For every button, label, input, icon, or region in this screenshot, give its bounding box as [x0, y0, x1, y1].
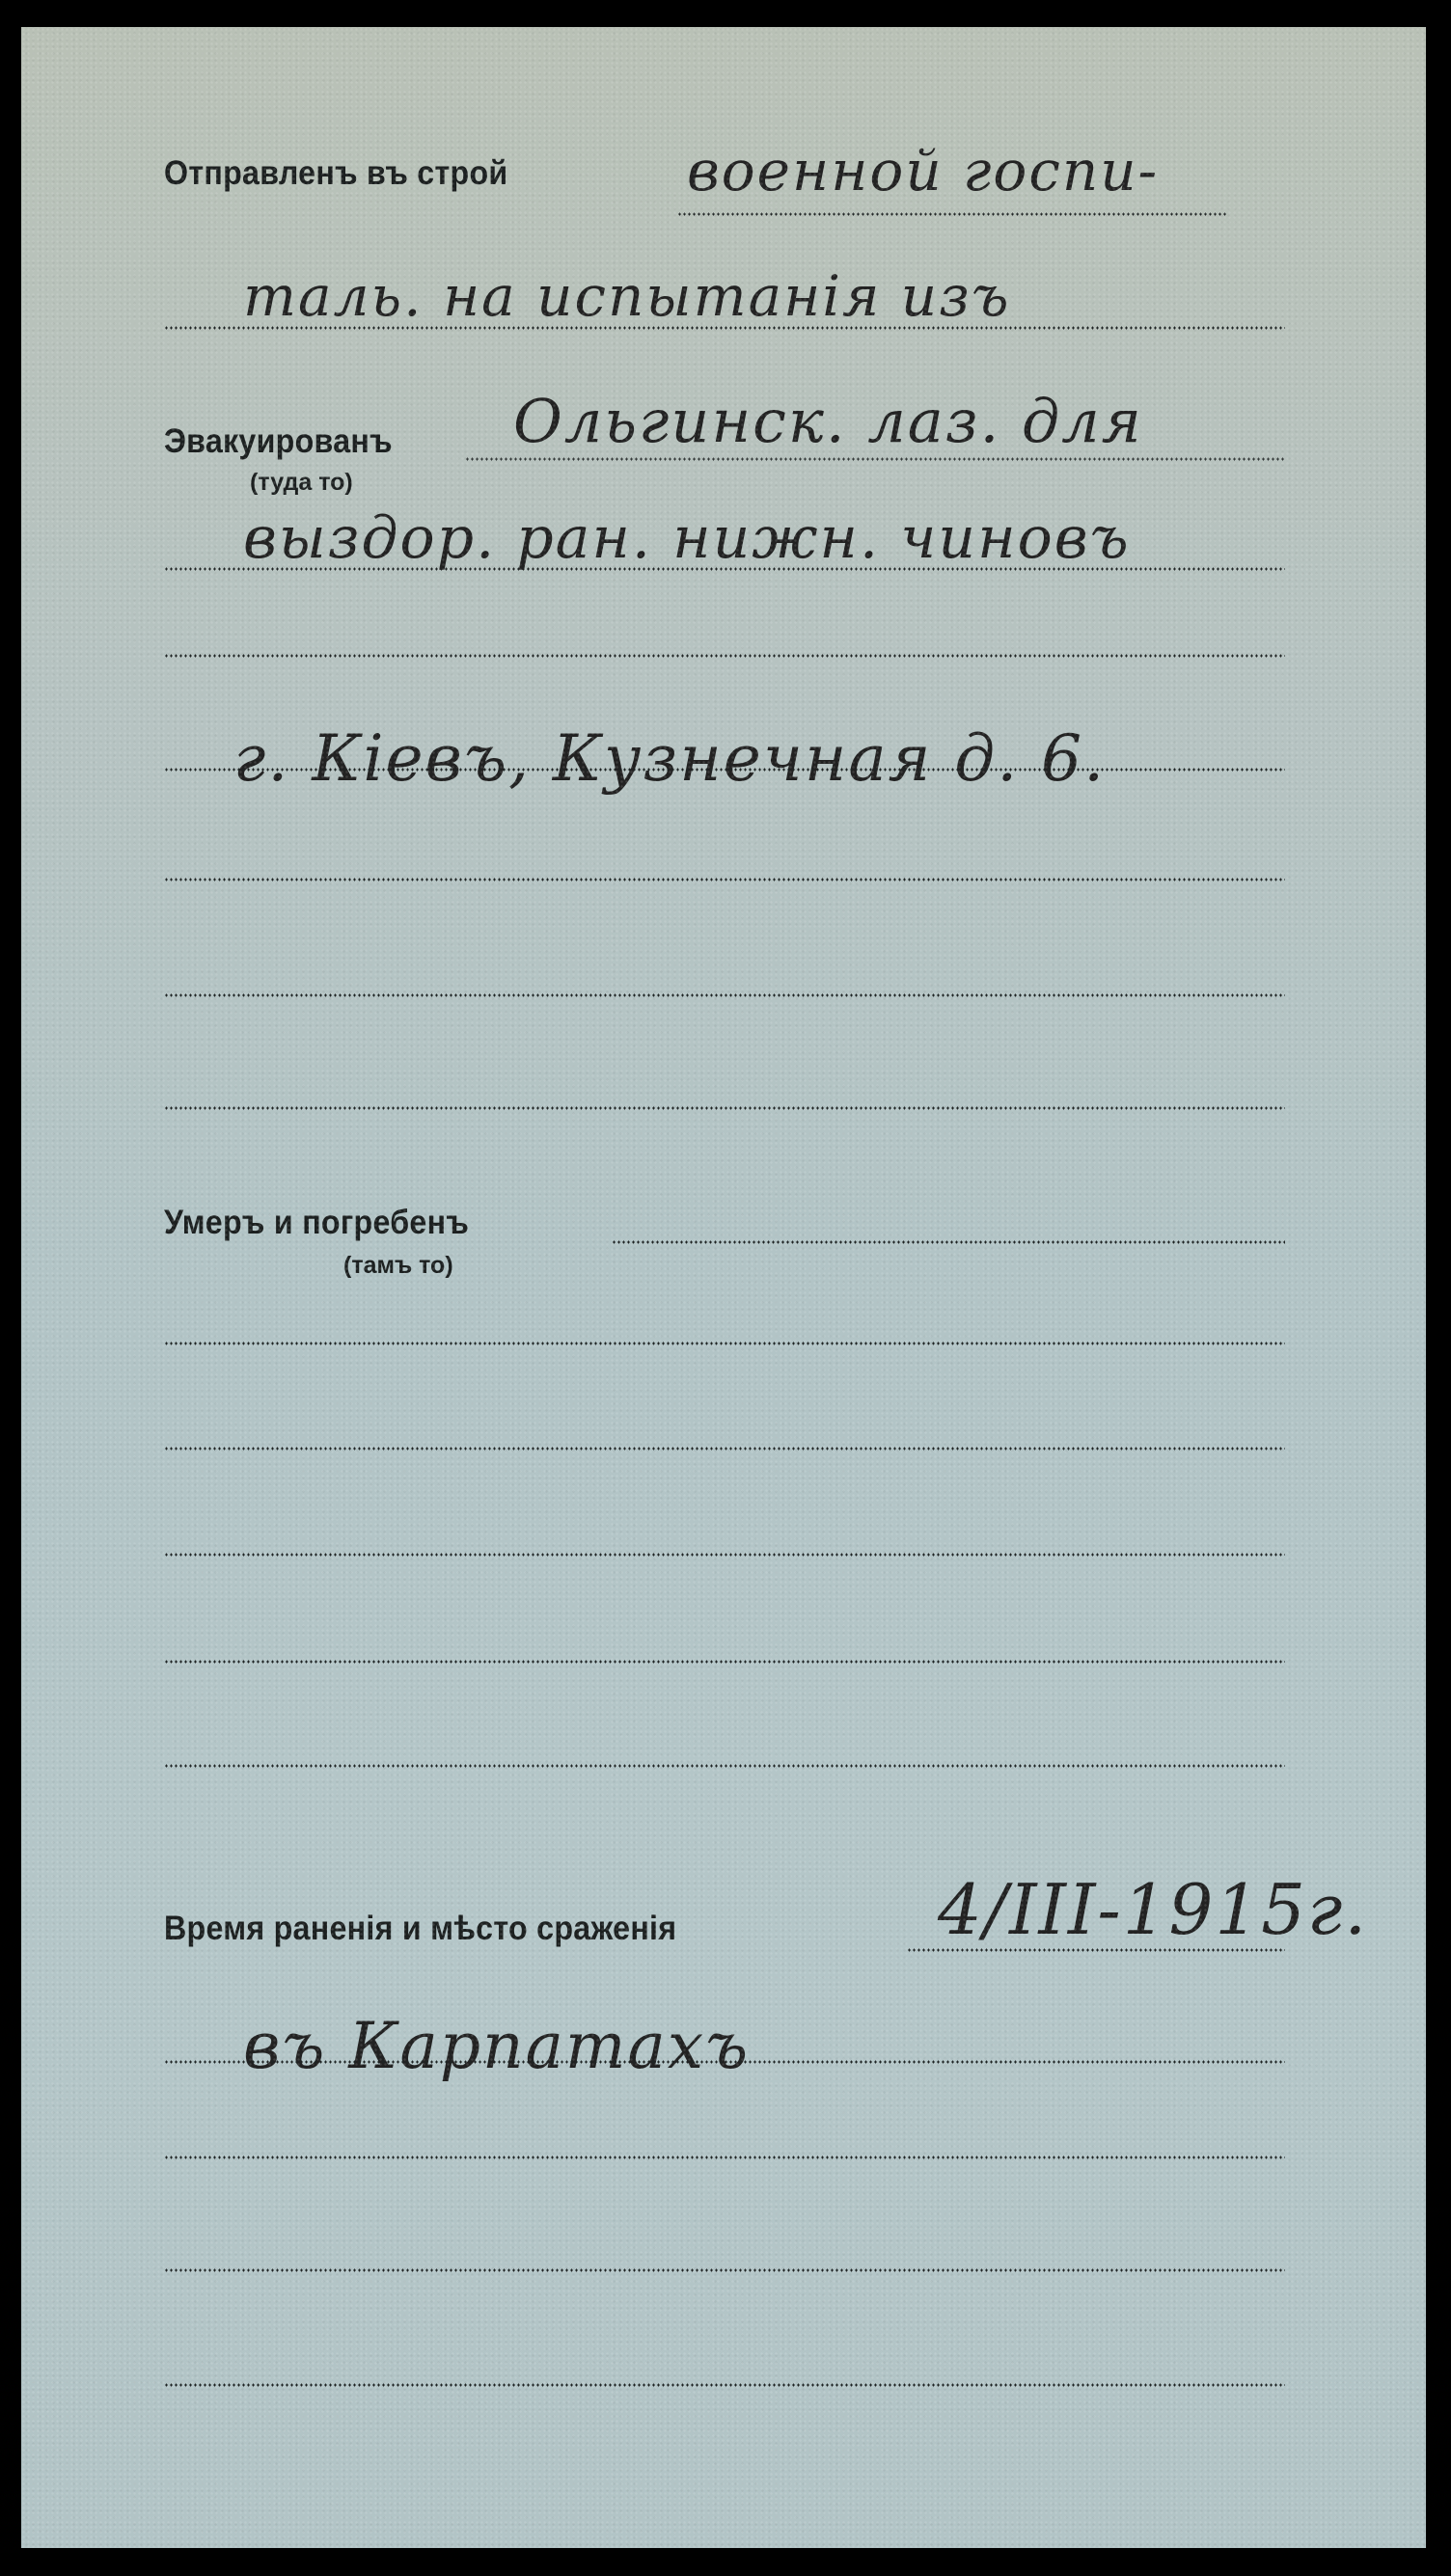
handwriting-sent-to-duty-1: военной госпи- [687, 138, 1159, 203]
handwriting-evacuated-3: г. Кіевъ, Кузнечная д. 6. [233, 721, 1106, 796]
rule-line [164, 2383, 1285, 2387]
handwriting-evacuated-1: Ольгинск. лаз. для [513, 386, 1143, 456]
handwriting-wound-date: 4/III-1915г. [938, 1869, 1368, 1950]
rule-line [164, 1660, 1285, 1664]
handwriting-battle-place: въ Карпатахъ [243, 2009, 750, 2083]
rule-line [164, 1553, 1285, 1557]
rule-line [164, 768, 1285, 772]
rule-line [677, 212, 1227, 216]
sublabel-died-buried: (тамъ то) [343, 1252, 453, 1280]
rule-line [164, 1764, 1285, 1768]
rule-line [164, 1106, 1285, 1110]
rule-line [164, 2156, 1285, 2159]
record-card: Отправленъ въ строй военной госпи- таль.… [21, 27, 1426, 2548]
label-died-buried: Умеръ и погребенъ [164, 1204, 469, 1242]
handwriting-evacuated-2: выздор. ран. нижн. чиновъ [243, 504, 1131, 572]
rule-line [612, 1240, 1285, 1244]
label-sent-to-duty: Отправленъ въ строй [164, 154, 508, 193]
rule-line [465, 457, 1285, 461]
rule-line [164, 1342, 1285, 1345]
rule-line [164, 1447, 1285, 1451]
label-evacuated: Эвакуированъ [164, 422, 393, 461]
rule-line [164, 993, 1285, 997]
rule-line [164, 654, 1285, 658]
rule-line [164, 878, 1285, 881]
rule-line [164, 2060, 1285, 2064]
rule-line [164, 2268, 1285, 2272]
sublabel-evacuated: (туда то) [250, 469, 353, 497]
handwriting-sent-to-duty-2: таль. на испытанія изъ [243, 263, 1010, 329]
label-wound-time-place: Время раненія и мѣсто сраженія [164, 1910, 676, 1948]
